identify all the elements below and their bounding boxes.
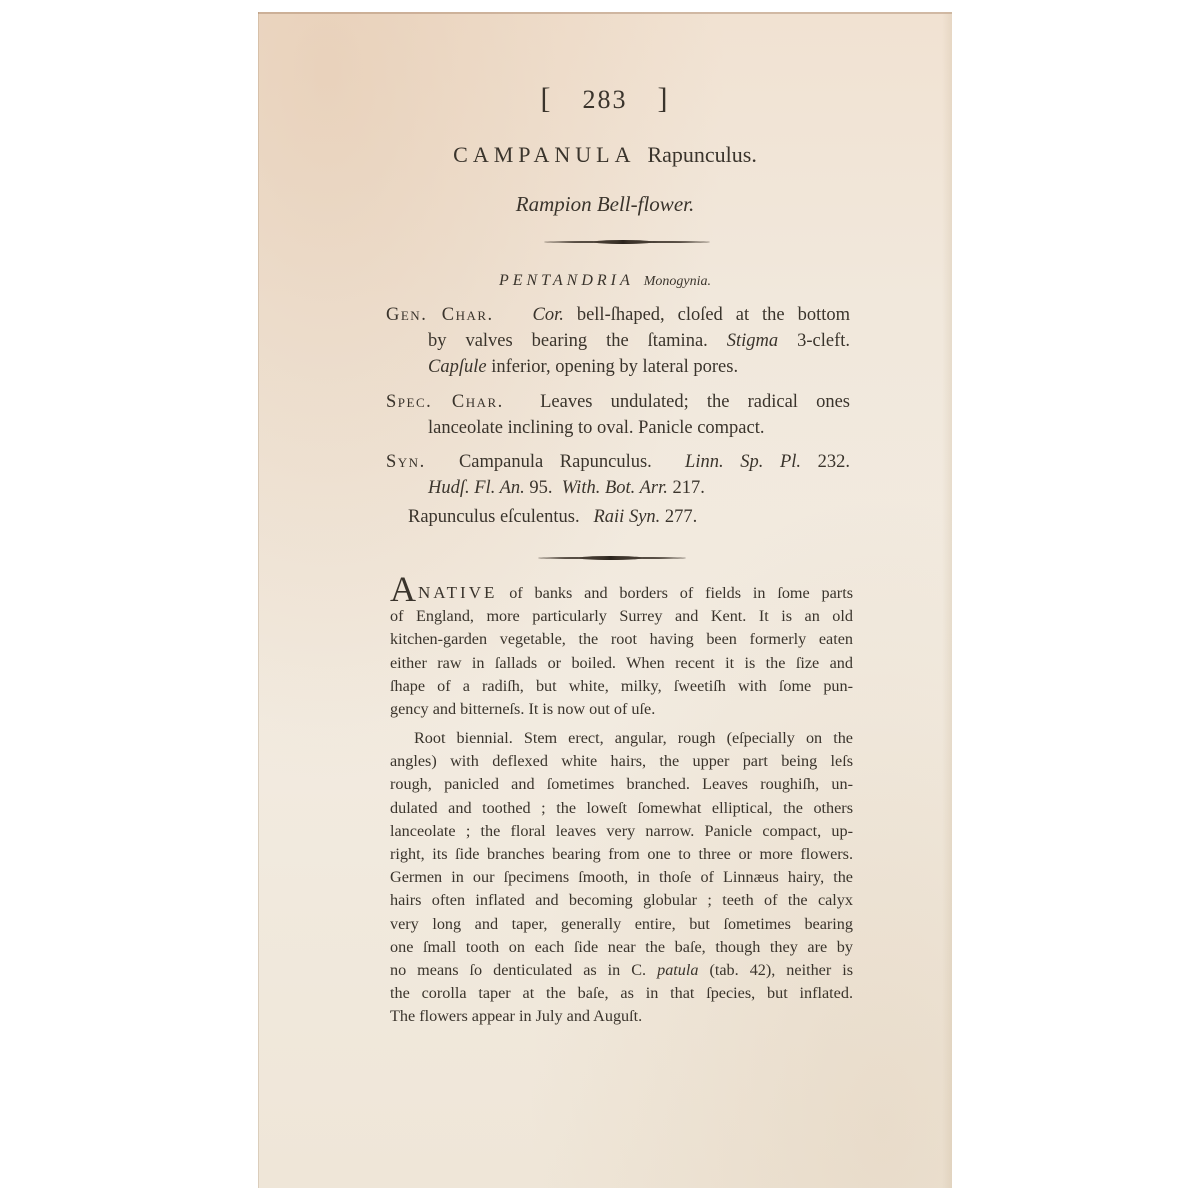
paragraph-line: The flowers appear in July and Auguſt. [390,1005,853,1028]
spec-char-label: Spec. Char. [386,392,504,412]
genus-name: CAMPANULA [453,142,635,167]
line-text: (tab. 42), neither is [709,961,853,979]
syn-num-3: 277. [665,507,697,527]
paragraph-habitat: ANATIVE of banks and borders of fields i… [390,578,853,721]
class-name: PENTANDRIA [499,272,634,289]
generic-character: Gen. Char. Cor. bell-ſhaped, cloſed at t… [386,302,850,380]
line-text: of banks and borders of fields in ſome p… [509,584,853,602]
paragraph-line: Root biennial. Stem erect, angular, roug… [390,727,853,750]
gen-char-text-3: inferior, opening by lateral pores. [491,357,738,377]
paragraph-line: of England, more particularly Surrey and… [390,605,853,628]
paragraph-line: one ſmall tooth on each ſide near the ba… [390,936,853,959]
page-title: CAMPANULARapunculus. [258,142,952,168]
syn-ref-withering: With. Bot. Arr. [562,478,668,498]
paragraph-line: ſhape of a radiſh, but white, milky, ſwe… [390,675,853,698]
species-patula: patula [657,961,698,979]
capsule-term: Capſule [428,357,487,377]
paragraph-line: Germen in our ſpecimens ſmooth, in thoſe… [390,866,853,889]
paragraph-description: Root biennial. Stem erect, angular, roug… [390,727,853,1029]
gen-char-line-1: Gen. Char. Cor. bell-ſhaped, cloſed at t… [386,302,850,328]
page-number: [283] [258,82,952,116]
syn-line-2: Hudſ. Fl. An. 95. With. Bot. Arr. 217. [386,475,850,501]
paragraph-line: hairs often inflated and becoming globul… [390,889,853,912]
gen-char-text-1: bell-ſhaped, cloſed at the bottom [577,305,850,325]
spec-char-line-1: Spec. Char. Leaves undulated; the radica… [386,389,850,415]
paragraph-line: right, its ſide branches bearing from on… [390,843,853,866]
bracket-close: ] [658,82,670,115]
smallcaps-lead: NATIVE [418,583,497,602]
paragraph-line: the corolla taper at the baſe, as in tha… [390,982,853,1005]
classification: PENTANDRIAMonogynia. [258,272,952,290]
syn-num-2b: 217. [672,478,704,498]
paragraph-line: ANATIVE of banks and borders of fields i… [390,578,853,605]
ornamental-rule-swell [578,556,643,560]
syn-text-3: Rapunculus eſculentus. [408,507,580,527]
gen-char-line-3: Capſule inferior, opening by lateral por… [386,354,850,380]
syn-num-2a: 95. [529,478,552,498]
syn-ref-raii: Raii Syn. [593,507,660,527]
order-name: Monogynia. [644,274,711,289]
paragraph-line: angles) with deflexed white hairs, the u… [390,750,853,773]
book-page: [283] CAMPANULARapunculus. Rampion Bell-… [258,12,952,1188]
species-name: Rapunculus. [647,142,756,167]
ornamental-rule-swell [593,240,653,244]
syn-ref-linn: Linn. Sp. Pl. [685,452,801,472]
specific-character: Spec. Char. Leaves undulated; the radica… [386,389,850,441]
paragraph-line: very long and taper, generally entire, b… [390,913,853,936]
paragraph-line: either raw in ſallads or boiled. When re… [390,652,853,675]
spec-char-line-2: lanceolate inclining to oval. Panicle co… [386,415,850,441]
line-text: no means ſo denticulated as in C. [390,961,646,979]
paragraph-line: dulated and toothed ; the loweſt ſomewha… [390,797,853,820]
paragraph-line: kitchen-garden vegetable, the root havin… [390,628,853,651]
page-number-value: 283 [583,85,628,114]
syn-line-3: Rapunculus eſculentus. Raii Syn. 277. [408,507,697,528]
paragraph-line: rough, panicled and ſometimes branched. … [390,773,853,796]
syn-text-1: Campanula Rapunculus. [459,452,652,472]
paragraph-line: no means ſo denticulated as in C. patula… [390,959,853,982]
gen-char-text-2a: by valves bearing the ſtamina. [428,331,708,351]
syn-num-1: 232. [818,452,850,472]
syn-label: Syn. [386,452,426,472]
synonyms: Syn. Campanula Rapunculus. Linn. Sp. Pl.… [386,449,850,501]
syn-line-1: Syn. Campanula Rapunculus. Linn. Sp. Pl.… [386,449,850,475]
paragraph-line: lanceolate ; the floral leaves very narr… [390,820,853,843]
cor-abbrev: Cor. [533,305,564,325]
stigma-term: Stigma [727,331,778,351]
gen-char-line-2: by valves bearing the ſtamina. Stigma 3-… [386,328,850,354]
spec-char-text-1: Leaves undulated; the radical ones [540,392,850,412]
bracket-open: [ [541,82,553,115]
gen-char-label: Gen. Char. [386,305,494,325]
paragraph-line: gency and bitterneſs. It is now out of u… [390,698,853,721]
drop-cap: A [390,569,416,609]
syn-ref-hudson: Hudſ. Fl. An. [428,478,525,498]
gen-char-text-2b: 3-cleft. [797,331,850,351]
common-name: Rampion Bell-flower. [258,192,952,217]
